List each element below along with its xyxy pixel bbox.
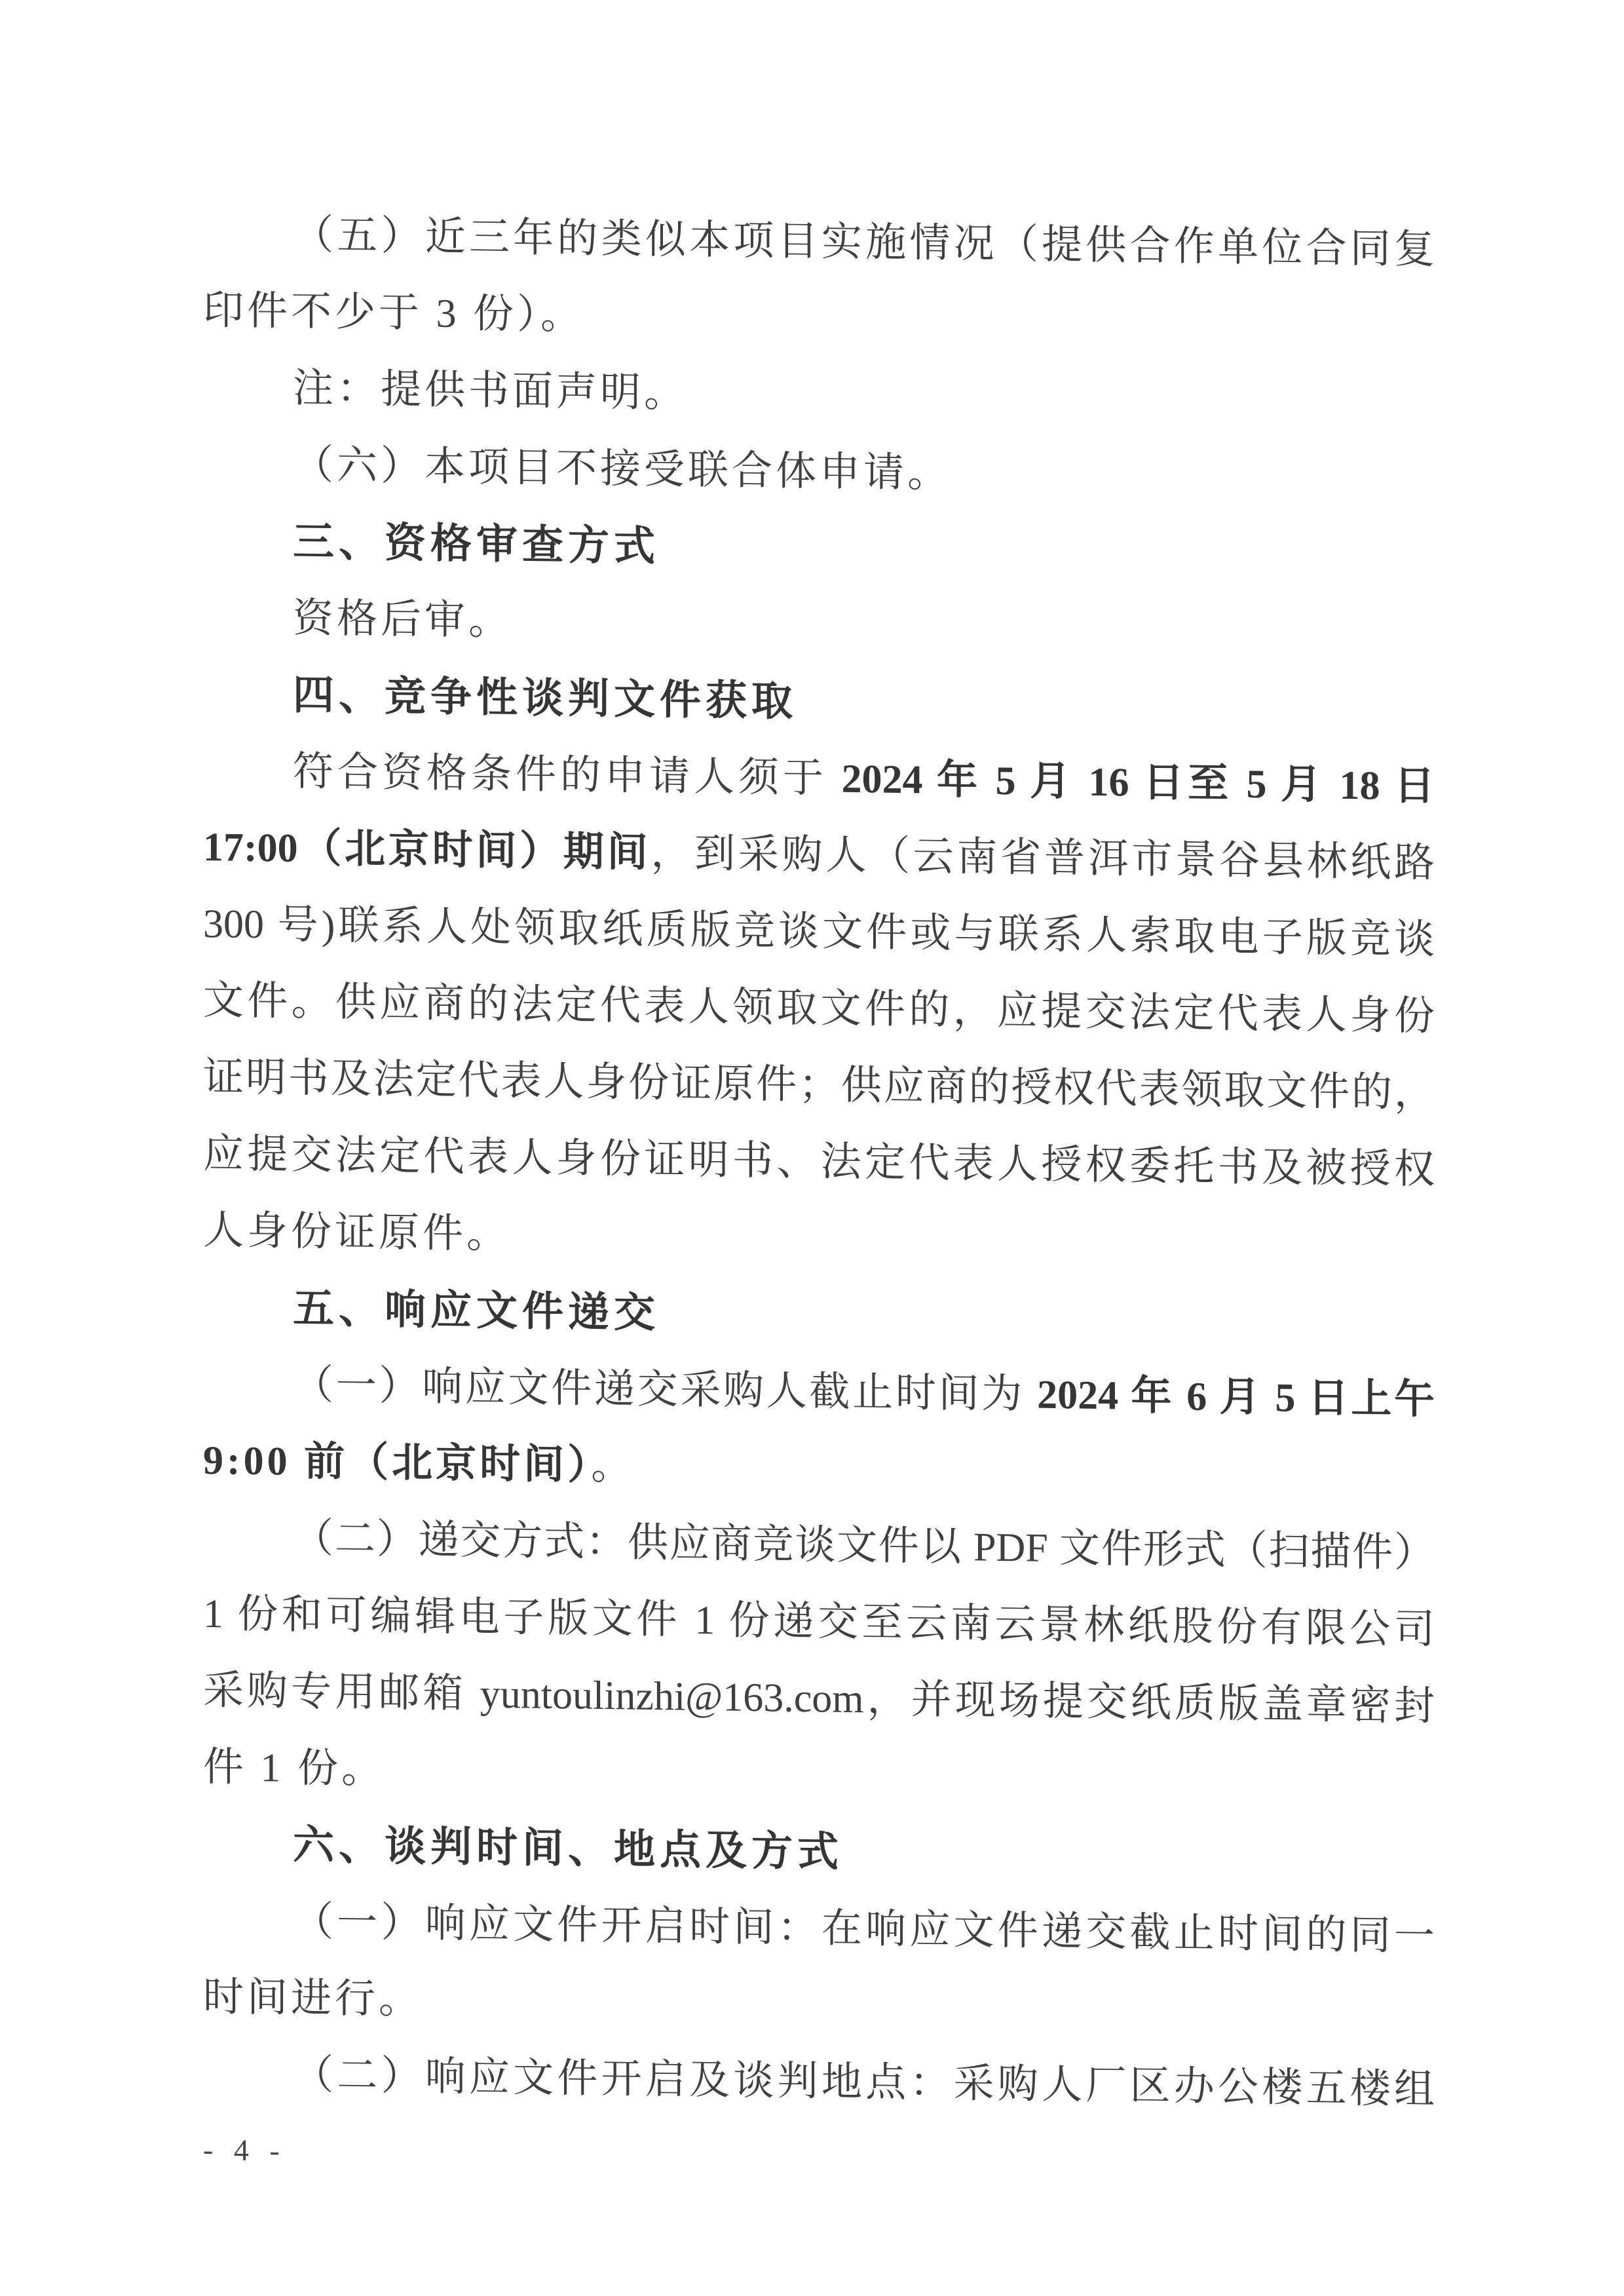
text-run: （五）近三年的类似本项目实施情况（提供合作单位合同复 [293,213,1435,273]
text-run: 应提交法定代表人身份证明书、法定代表人授权委托书及被授权 [203,1132,1435,1193]
text-run: 六、谈判时间、地点及方式 [293,1822,843,1875]
text-run: 注：提供书面声明。 [293,366,688,416]
text-run: 。 [591,1444,635,1489]
text-run: 符合资格条件的申请人须于 [293,750,842,801]
text-run: 9:00 前（北京时间） [203,1438,591,1488]
text-run: 2024 年 6 月 5 日上午 [1037,1373,1435,1423]
text-run: 资格后审。 [293,596,512,643]
text-run: （二）递交方式：供应商竞谈文件以 PDF 文件形式（扫描件） [293,1516,1435,1576]
text-line: （二）响应文件开启及谈判地点：采购人厂区办公楼五楼组 [203,2036,1435,2129]
document-lines: （五）近三年的类似本项目实施情况（提供合作单位合同复印件不少于 3 份）。注：提… [0,193,1624,2131]
text-run: 人身份证原件。 [203,1208,510,1257]
text-run: （六）本项目不接受联合体申请。 [293,443,951,496]
text-run: （二）响应文件开启及谈判地点：采购人厂区办公楼五楼组 [293,2053,1435,2113]
document-page: （五）近三年的类似本项目实施情况（提供合作单位合同复印件不少于 3 份）。注：提… [0,0,1624,2296]
document-content: （五）近三年的类似本项目实施情况（提供合作单位合同复印件不少于 3 份）。注：提… [0,0,1624,2189]
text-run: 证明书及法定代表人身份证原件；供应商的授权代表领取文件的， [203,1055,1435,1116]
text-run: 印件不少于 3 份）。 [203,288,584,338]
text-run: 件 1 份。 [203,1745,385,1792]
page-footer-number: - 4 - [203,2130,1624,2189]
text-run: （一）响应文件递交采购人截止时间为 [293,1363,1037,1417]
text-run: 17:00（北京时间）期间 [203,825,651,875]
text-run: 五、响应文件递交 [293,1286,660,1336]
text-run: ，到采购人（云南省普洱市景谷县林纸路 [651,831,1435,886]
text-run: 文件。供应商的法定代表人领取文件的，应提交法定代表人身份 [203,978,1435,1039]
text-run: 300 号)联系人处领取纸质版竞谈文件或与联系人索取电子版竞谈 [203,902,1435,963]
text-run: 三、资格审查方式 [293,519,660,569]
text-run: 1 份和可编辑电子版文件 1 份递交至云南云景林纸股份有限公司 [203,1592,1435,1653]
text-run: 时间进行。 [203,1975,423,2022]
text-run: （一）响应文件开启时间：在响应文件递交截止时间的同一 [293,1900,1435,1959]
text-run: 2024 年 5 月 16 日至 5 月 18 日 [842,757,1435,809]
text-run: 采购专用邮箱 yuntoulinzhi@163.com，并现场提交纸质版盖章密封 [203,1668,1435,1729]
text-run: 四、竞争性谈判文件获取 [293,672,797,725]
